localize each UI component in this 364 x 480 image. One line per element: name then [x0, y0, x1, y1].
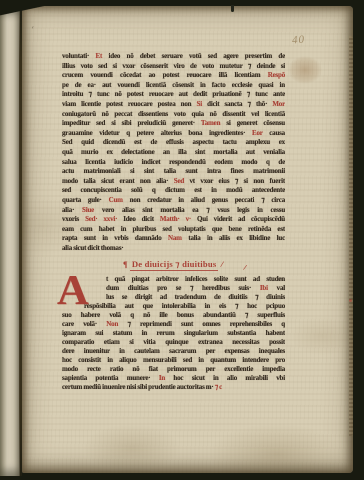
body-text: ignaram sui statum in rerum singularium … [62, 329, 285, 337]
body-text: pe de ea· aut vouendi licentiã cõsensit … [62, 81, 285, 89]
text-line: coniugatorũ nõ peccat dissentiens voto q… [62, 110, 285, 120]
paragraph-block-2: A t quã pingat arbitror infelices solite… [62, 275, 285, 391]
red-ink-speck [349, 299, 352, 302]
body-text: Sed quid dicendũ est de effusis aspectu … [62, 138, 285, 146]
text-line: dere inuenitur in cautelam sacrarum per … [62, 347, 285, 356]
text-line: care volã· Non ⁊ reprimendi sunt omnes r… [62, 320, 285, 329]
text-line: introitu ⁊ tunc nõ potest reuocare aut d… [62, 90, 285, 100]
body-text: respõsibilia aut que intolerabilia in ei… [84, 302, 285, 310]
body-text: val [268, 284, 285, 292]
body-text: ideo nõ debet seruare votũ sed agere pre… [102, 52, 285, 60]
text-line: modo recte ratio nõ fiat primorum per ex… [62, 365, 285, 374]
rubricated-text: Respõ [268, 71, 285, 79]
body-text: voluntati· [62, 52, 96, 60]
facing-page-edge [0, 8, 20, 476]
text-line: alia· Siue vero alias sint mortalia ea ⁊… [62, 206, 285, 216]
body-text: ⁊ reprimendi sunt omnes reprehensibiles … [118, 320, 285, 328]
text-line: crucem vouendi cõcedat ao potest reuocar… [62, 71, 285, 81]
body-text: vxoris [62, 215, 85, 223]
body-text: causa [263, 129, 285, 137]
text-line: sapientia potentia munere· In hoc sicut … [62, 374, 285, 383]
text-line: ignaram sui statum in rerum singularium … [62, 329, 285, 338]
text-line: alia sicut dicit thomas· [62, 244, 285, 254]
corner-ink-mark: ʻ [30, 24, 35, 34]
body-text: care volã· [62, 320, 106, 328]
backdrop-corner-shadow [0, 0, 52, 18]
body-text: alia· [62, 206, 82, 214]
body-text: quã murio ex delectatione an illa sint m… [62, 148, 285, 156]
rubricated-text: Ibi [260, 284, 268, 292]
body-text: viam licentie potest reuocare postea non [62, 100, 197, 108]
body-text: hoc consistit in aliquo mensurabili sed … [62, 356, 285, 364]
body-text: t quã pingat arbitror infelices solite s… [106, 275, 285, 283]
body-text: non credatur in aliud genus peccati ⁊ ci… [123, 196, 285, 204]
pilcrow-mark: ¶ [123, 259, 128, 269]
body-text: vt vxor eius ⁊ si non fuerit [184, 177, 285, 185]
body-text: certum mediũ inuenire nisi sibi prudenti… [62, 383, 215, 391]
body-text: alia sicut dicit thomas· [62, 244, 123, 252]
text-line: sed concupiscentia solũ q dictum est in … [62, 186, 285, 196]
text-line: vxoris Sed· xxvi· Ideo dicit Matth· v· Q… [62, 215, 285, 225]
body-text: hoc sicut in alio mirabili vbi [165, 374, 285, 382]
text-line: quã murio ex delectatione an illa sint m… [62, 148, 285, 158]
body-text: modo recte ratio nõ fiat primorum per ex… [62, 365, 285, 373]
folio-number: 40 [292, 34, 306, 47]
body-text: Qui viderit ad cõcupiscẽdũ [197, 215, 285, 223]
text-line: salua licentia iudicio indicet responden… [62, 158, 285, 168]
body-text: vero alias sint mortalia ea ⁊ vsus legis… [94, 206, 285, 214]
body-text: introitu ⁊ tunc nõ potest reuocare aut d… [62, 90, 285, 98]
chapter-heading-text: De diuicijs ⁊ diuitibus [130, 259, 219, 271]
text-block: voluntati· Et ideo nõ debet seruare votũ… [62, 52, 285, 392]
body-text: talia in aliis ex libidine luc [182, 234, 285, 242]
body-text: si generet cõsensu [220, 119, 285, 127]
body-text: impeditur sed si sibi preiudiciũ generet… [62, 119, 201, 127]
body-text: comparatio etiam si vitia quinque extran… [62, 338, 285, 346]
text-line: rapta sunt in vrbis damnãdo Nam talia in… [62, 234, 285, 244]
body-text: suo habere volã q nõ ille bonus abundant… [62, 311, 285, 319]
paragraph-block-1: voluntati· Et ideo nõ debet seruare votũ… [62, 52, 285, 253]
rubricated-text: Tamen [201, 119, 220, 127]
text-line: grauamine videtur q petere alterius bona… [62, 129, 285, 139]
text-line: certum mediũ inuenire nisi sibi prudenti… [62, 383, 285, 392]
page-edge-notch [231, 5, 234, 12]
text-line: viam licentie potest reuocare postea non… [62, 100, 285, 110]
body-text: rapta sunt in vrbis damnãdo [62, 234, 168, 242]
drop-cap-initial: A [57, 275, 103, 308]
text-line: illius voto sed si vxor cõsenserit viro … [62, 62, 285, 72]
rubricated-text: Non [106, 320, 118, 328]
text-line: pe de ea· aut vouendi licentiã cõsensit … [62, 81, 285, 91]
body-text: dum diuitias pro se ⁊ heredibus suis· [106, 284, 260, 292]
text-line: modo talia sicut erant non alia· Sed vt … [62, 177, 285, 187]
text-line: impeditur sed si sibi preiudiciũ generet… [62, 119, 285, 129]
body-text: modo talia sicut erant non alia· [62, 177, 174, 185]
body-text: coniugatorũ nõ peccat dissentiens voto q… [62, 110, 285, 118]
manuscript-page: ʻ 40 / voluntati· Et ideo nõ debet serua… [22, 6, 353, 473]
rubricated-text: Matth· v· [160, 215, 197, 223]
rubricated-text: Sed [174, 177, 184, 185]
text-line: hoc consistit in aliquo mensurabili sed … [62, 356, 285, 365]
body-text: sed concupiscentia solũ q dictum est in … [62, 186, 285, 194]
body-text: dere inuenitur in cautelam sacrarum per … [62, 347, 285, 355]
chapter-heading: ¶De diuicijs ⁊ diuitibus/ [62, 258, 285, 271]
photo-background: ʻ 40 / voluntati· Et ideo nõ debet serua… [0, 0, 364, 480]
body-text: eam cum habet in pluribus sed voluptatis… [62, 225, 285, 233]
heading-flourish: / [220, 258, 225, 270]
text-line: comparatio etiam si vitia quinque extran… [62, 338, 285, 347]
body-text: dicit sancta ⁊ thõ· [202, 100, 272, 108]
rubricated-text: ⁊ c [215, 383, 222, 391]
body-text: crucem vouendi cõcedat ao potest reuocar… [62, 71, 268, 79]
body-text: illius voto sed si vxor cõsenserit viro … [62, 62, 285, 70]
rubricated-text: Sed· xxvi· [85, 215, 123, 223]
body-text: quarta gule· [62, 196, 109, 204]
body-text: Ideo dicit [123, 215, 160, 223]
text-line: eam cum habet in pluribus sed voluptatis… [62, 225, 285, 235]
body-text: sapientia potentia munere· [62, 374, 159, 382]
text-line: actu matrimoniali si sint talia sunt int… [62, 167, 285, 177]
body-text: actu matrimoniali si sint talia sunt int… [62, 167, 285, 175]
body-text: grauamine videtur q petere alterius bona… [62, 129, 252, 137]
text-line: quarta gule· Cum non credatur in aliud g… [62, 196, 285, 206]
rubricated-text: Eor [252, 129, 263, 137]
rubricated-text: Cum [109, 196, 123, 204]
text-line: voluntati· Et ideo nõ debet seruare votũ… [62, 52, 285, 62]
rubricated-text: Mor [272, 100, 285, 108]
text-line: suo habere volã q nõ ille bonus abundant… [62, 311, 285, 320]
rubricated-text: Siue [82, 206, 94, 214]
text-line: Sed quid dicendũ est de effusis aspectu … [62, 138, 285, 148]
body-text: lus se dirigit ad tradendum de diuitiis … [106, 293, 285, 301]
body-text: salua licentia iudicio indicet responden… [62, 158, 285, 166]
rubricated-text: Nam [168, 234, 182, 242]
